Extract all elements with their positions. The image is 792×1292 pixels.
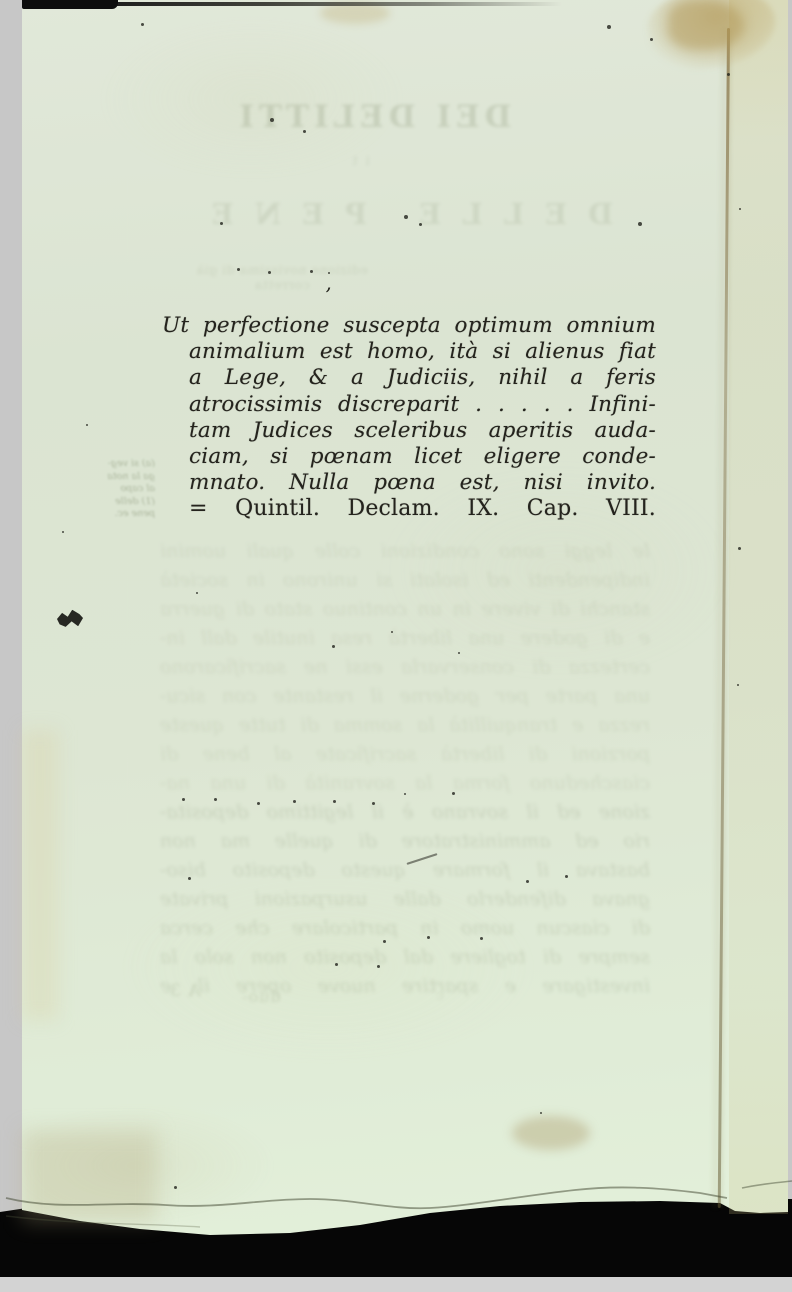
paper-speck [540, 1112, 542, 1114]
paper-speck [335, 963, 338, 966]
paper-speck [458, 652, 460, 654]
paper-speck [268, 271, 271, 274]
paper-speck [404, 215, 408, 219]
paper-speck [607, 25, 611, 29]
paper-speck [638, 222, 642, 226]
paper-speck [565, 875, 568, 878]
paper-speck [257, 802, 260, 805]
quote-line: ciam, si pœnam licet eligere conde- [162, 444, 656, 470]
quote-line: Ut perfectione suscepta optimum omnium [162, 313, 656, 339]
paper-speck [328, 272, 330, 274]
stray-apostrophe-mark: ’ [325, 283, 331, 307]
paper-speck [237, 268, 240, 271]
paper-speck [303, 130, 306, 133]
scan-edge-top-blob [22, 0, 118, 9]
scanned-book-page: DEI DELITTIi tDELLE PENEedizione novissi… [0, 0, 792, 1292]
paper-speck [427, 936, 430, 939]
scanner-bed-bottom-strip [0, 1277, 792, 1292]
paper-speck [737, 684, 739, 686]
quote-line: animalium est homo, ità si alienus fiat [162, 339, 656, 365]
paper-speck [310, 270, 313, 273]
paper-speck [419, 223, 422, 226]
paper-speck [196, 592, 198, 594]
paper-speck [188, 877, 191, 880]
paper-speck [372, 802, 375, 805]
paper-speck [86, 424, 88, 426]
paper-speck [220, 222, 223, 225]
paper-speck [480, 937, 483, 940]
quote-line: a Lege, & a Judiciis, nihil a feris [162, 365, 656, 391]
paper-speck [332, 645, 335, 648]
paper-speck [526, 880, 529, 883]
paper-speck [333, 800, 336, 803]
paper-speck [391, 631, 393, 633]
page-paper [22, 0, 788, 1240]
paper-speck [141, 23, 144, 26]
quote-citation: = Quintil. Declam. IX. Cap. VIII. [162, 496, 656, 522]
paper-speck [182, 798, 185, 801]
paper-speck [377, 965, 380, 968]
paper-speck [293, 800, 296, 803]
latin-epigraph: Ut perfectione suscepta optimum omniuman… [162, 313, 656, 523]
quote-line: tam Judices sceleribus aperitis auda- [162, 418, 656, 444]
paper-speck [214, 798, 217, 801]
paper-speck [404, 793, 406, 795]
paper-speck [383, 940, 386, 943]
paper-speck [738, 547, 741, 550]
paper-speck [62, 531, 64, 533]
paper-speck [727, 73, 730, 76]
paper-speck [270, 118, 274, 122]
quote-line: mnato. Nulla pœna est, nisi invito. [162, 470, 656, 496]
paper-speck [650, 38, 653, 41]
paper-speck [174, 1186, 177, 1189]
paper-speck [452, 792, 455, 795]
paper-speck [739, 208, 741, 210]
quote-line: atrocissimis discreparit . . . . . Infin… [162, 392, 656, 418]
